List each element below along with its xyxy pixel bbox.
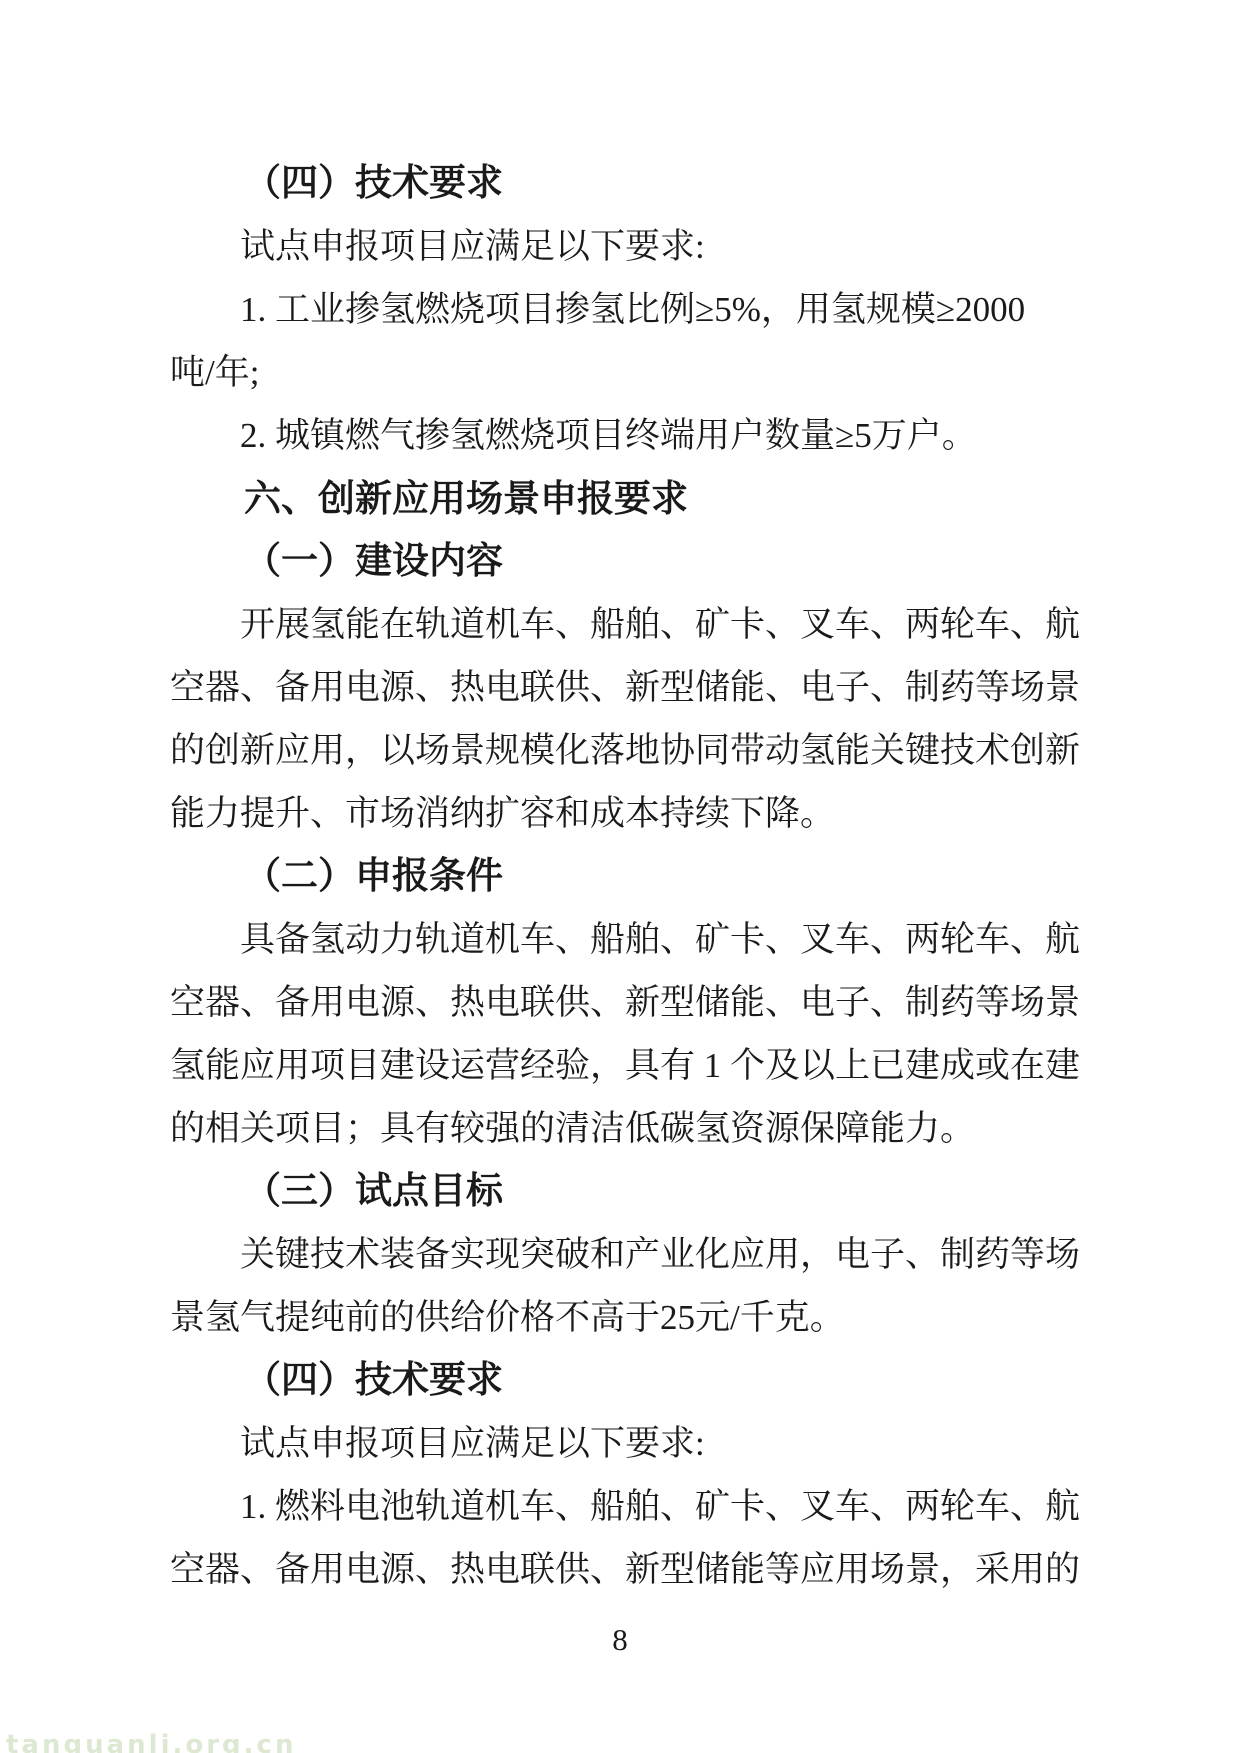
paragraph-line: 1. 工业掺氢燃烧项目掺氢比例≥5%，用氢规模≥2000	[170, 278, 1086, 341]
paragraph-line: 空器、备用电源、热电联供、新型储能等应用场景，采用的	[170, 1538, 1086, 1601]
watermark: tanguanli.org.cn	[6, 1730, 296, 1753]
section-heading: （二）申报条件	[170, 845, 1086, 908]
paragraph-line: 吨/年;	[170, 341, 1086, 404]
paragraph-line: 能力提升、市场消纳扩容和成本持续下降。	[170, 782, 1086, 845]
section-heading: （四）技术要求	[170, 152, 1086, 215]
paragraph-line: 的相关项目；具有较强的清洁低碳氢资源保障能力。	[170, 1097, 1086, 1160]
document-body: （四）技术要求试点申报项目应满足以下要求:1. 工业掺氢燃烧项目掺氢比例≥5%，…	[170, 152, 1086, 1601]
paragraph-line: 的创新应用，以场景规模化落地协同带动氢能关键技术创新	[170, 719, 1086, 782]
paragraph-line: 2. 城镇燃气掺氢燃烧项目终端用户数量≥5万户。	[170, 404, 1086, 467]
paragraph-line: 氢能应用项目建设运营经验，具有 1 个及以上已建成或在建	[170, 1034, 1086, 1097]
paragraph-line: 试点申报项目应满足以下要求:	[170, 1412, 1086, 1475]
section-heading: （四）技术要求	[170, 1349, 1086, 1412]
document-page: （四）技术要求试点申报项目应满足以下要求:1. 工业掺氢燃烧项目掺氢比例≥5%，…	[0, 0, 1240, 1753]
paragraph-line: 关键技术装备实现突破和产业化应用，电子、制药等场	[170, 1223, 1086, 1286]
paragraph-line: 1. 燃料电池轨道机车、船舶、矿卡、叉车、两轮车、航	[170, 1475, 1086, 1538]
page-number: 8	[0, 1622, 1240, 1658]
paragraph-line: 试点申报项目应满足以下要求:	[170, 215, 1086, 278]
section-heading: （三）试点目标	[170, 1160, 1086, 1223]
paragraph-line: 具备氢动力轨道机车、船舶、矿卡、叉车、两轮车、航	[170, 908, 1086, 971]
paragraph-line: 开展氢能在轨道机车、船舶、矿卡、叉车、两轮车、航	[170, 593, 1086, 656]
paragraph-line: 景氢气提纯前的供给价格不高于25元/千克。	[170, 1286, 1086, 1349]
paragraph-line: 空器、备用电源、热电联供、新型储能、电子、制药等场景	[170, 656, 1086, 719]
section-heading: （一）建设内容	[170, 530, 1086, 593]
chapter-heading: 六、创新应用场景申报要求	[170, 467, 1086, 530]
paragraph-line: 空器、备用电源、热电联供、新型储能、电子、制药等场景	[170, 971, 1086, 1034]
